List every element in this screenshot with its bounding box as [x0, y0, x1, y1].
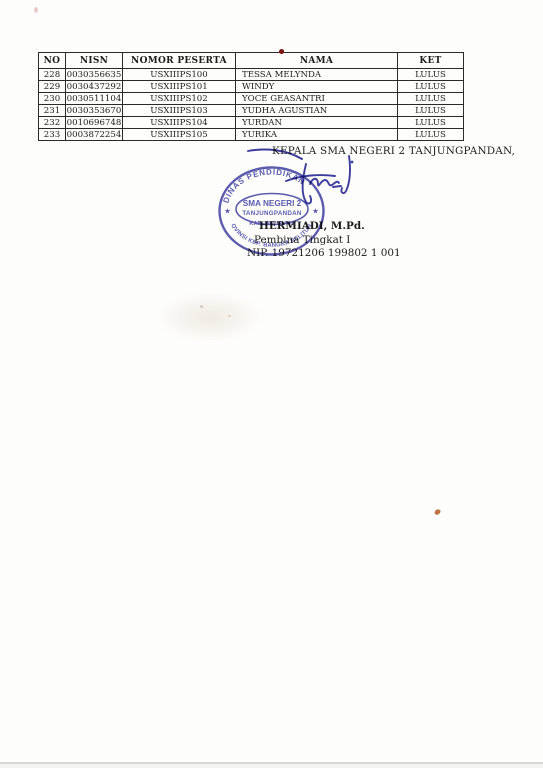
cell-ket: LULUS [398, 105, 464, 117]
header-ket: KET [398, 53, 464, 69]
cell-no: 231 [39, 105, 66, 117]
cell-nomor-peserta: USXIIIPS102 [123, 93, 236, 105]
graduation-results-table: NO NISN NOMOR PESERTA NAMA KET 228003035… [38, 52, 464, 141]
faint-corner-speck [34, 7, 38, 13]
faint-smudge [156, 292, 264, 342]
cell-nomor-peserta: USXIIIPS104 [123, 117, 236, 129]
cell-no: 230 [39, 93, 66, 105]
header-no: NO [39, 53, 66, 69]
table-header-row: NO NISN NOMOR PESERTA NAMA KET [39, 53, 464, 69]
cell-no: 233 [39, 129, 66, 141]
scanned-document-page: NO NISN NOMOR PESERTA NAMA KET 228003035… [0, 0, 543, 768]
header-nisn: NISN [66, 53, 123, 69]
cell-no: 228 [39, 69, 66, 81]
cell-nomor-peserta: USXIIIPS103 [123, 105, 236, 117]
cell-ket: LULUS [398, 93, 464, 105]
cell-nama: YOCE GEASANTRI [236, 93, 398, 105]
cell-nisn: 0030511104 [66, 93, 123, 105]
star-icon: ★ [224, 207, 231, 216]
cell-nomor-peserta: USXIIIPS100 [123, 69, 236, 81]
cell-nama: YUDHA AGUSTIAN [236, 105, 398, 117]
cell-nama: TESSA MELYNDA [236, 69, 398, 81]
table-body: 2280030356635USXIIIPS100TESSA MELYNDALUL… [39, 69, 464, 141]
table-row: 2300030511104USXIIIPS102YOCE GEASANTRILU… [39, 93, 464, 105]
cell-ket: LULUS [398, 117, 464, 129]
cell-ket: LULUS [398, 81, 464, 93]
header-nomor-peserta: NOMOR PESERTA [123, 53, 236, 69]
cell-ket: LULUS [398, 69, 464, 81]
cell-nisn: 0030353670 [66, 105, 123, 117]
cell-nisn: 0030437292 [66, 81, 123, 93]
cell-ket: LULUS [398, 129, 464, 141]
smudge-speck [228, 315, 231, 317]
stamp-regency: KAB. BELITUNG [249, 221, 295, 227]
cell-nisn: 0030356635 [66, 69, 123, 81]
cell-nama: WINDY [236, 81, 398, 93]
orange-ink-speck [434, 508, 441, 516]
cell-no: 232 [39, 117, 66, 129]
handwritten-signature [240, 142, 365, 217]
table-row: 2290030437292USXIIIPS101WINDYLULUS [39, 81, 464, 93]
header-nama: NAMA [236, 53, 398, 69]
table-row: 2330003872254USXIIIPS105YURIKALULUS [39, 129, 464, 141]
cell-nisn: 0010696748 [66, 117, 123, 129]
table-row: 2310030353670USXIIIPS103YUDHA AGUSTIANLU… [39, 105, 464, 117]
cell-nomor-peserta: USXIIIPS101 [123, 81, 236, 93]
cell-nomor-peserta: USXIIIPS105 [123, 129, 236, 141]
smudge-speck [200, 305, 203, 308]
scan-bottom-margin [0, 764, 543, 768]
cell-nama: YURDAN [236, 117, 398, 129]
table-row: 2280030356635USXIIIPS100TESSA MELYNDALUL… [39, 69, 464, 81]
cell-nisn: 0003872254 [66, 129, 123, 141]
cell-nama: YURIKA [236, 129, 398, 141]
table-row: 2320010696748USXIIIPS104YURDANLULUS [39, 117, 464, 129]
cell-no: 229 [39, 81, 66, 93]
